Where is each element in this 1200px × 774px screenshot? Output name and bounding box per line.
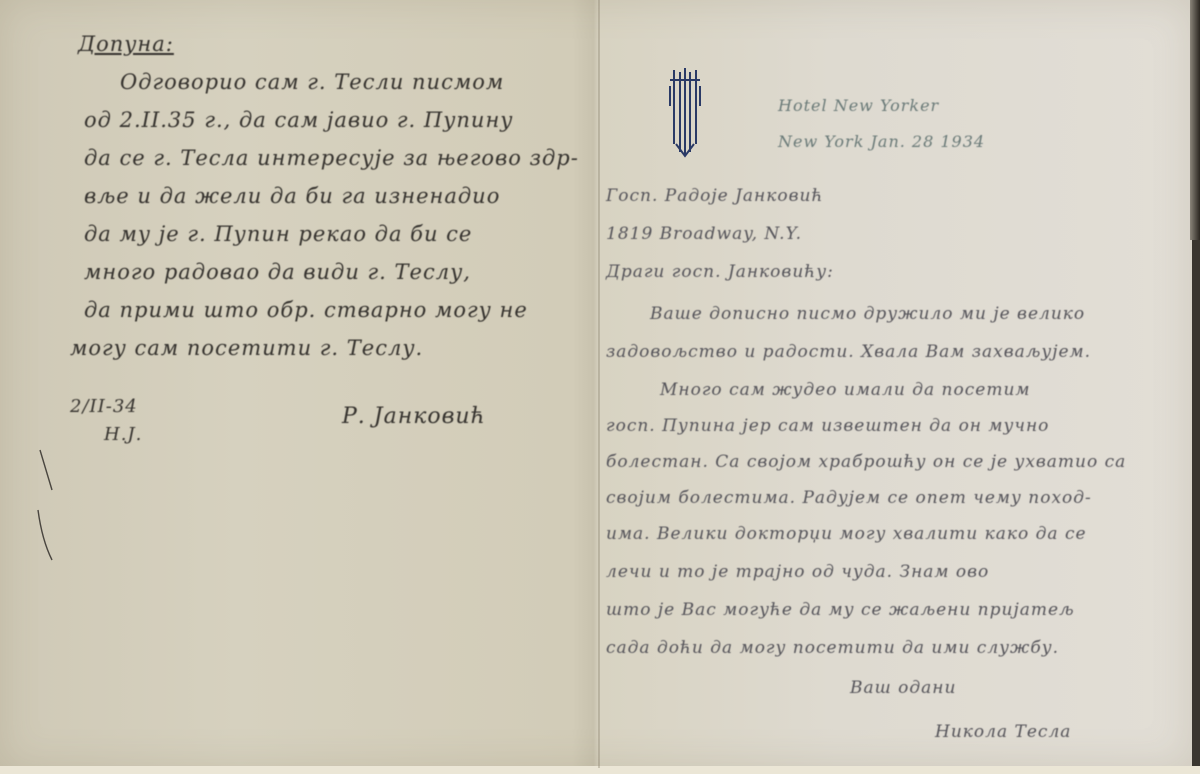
left-line-3: да се г. Тесла интересује за његово здр- — [84, 146, 579, 170]
paragraph-2-line-2: госп. Пупина јер сам извештен да он мучн… — [606, 416, 1049, 436]
letterhead-place: Hotel New Yorker — [778, 96, 939, 115]
tesla-signature: Никола Тесла — [935, 722, 1071, 742]
left-line-8: могу сам посетити г. Теслу. — [70, 336, 423, 360]
hotel-monogram-icon — [666, 66, 704, 158]
addressee-address: 1819 Broadway, N.Y. — [606, 224, 802, 244]
left-signature: Р. Јанковић — [342, 404, 486, 429]
paragraph-1-line-2: задовољство и радости. Хвала Вам захваљу… — [606, 342, 1091, 362]
paragraph-2-line-3: болестан. Са својом храброшћу он се је у… — [606, 452, 1126, 472]
left-line-4: вље и да жели да би га изненадио — [84, 184, 500, 208]
date-note: 2/II-34 — [70, 396, 138, 417]
paragraph-2-line-1: Много сам жудео имали да посетим — [660, 380, 1030, 400]
left-line-5: да му је г. Пупин рекао да би се — [84, 222, 472, 246]
addendum-heading: Допуна: — [78, 32, 174, 56]
left-line-6: много радовао да види г. Теслу, — [84, 260, 471, 284]
paragraph-2-line-4: својим болестима. Радујем се опет чему п… — [606, 488, 1092, 508]
letterhead-date: New York Jan. 28 1934 — [778, 132, 985, 151]
left-line-7: да прими што обр. стварно могу не — [84, 298, 528, 322]
frame-edge — [1190, 0, 1200, 240]
place-note: Н.Ј. — [104, 424, 142, 445]
salutation: Драги госп. Јанковићу: — [606, 262, 834, 282]
left-line-2: од 2.II.35 г., да сам јавио г. Пупину — [84, 108, 513, 132]
paragraph-2-line-6: лечи и то је трајно од чуда. Знам ово — [606, 562, 989, 582]
paper-bottom-edge — [0, 766, 1200, 774]
paragraph-1-line-1: Ваше дописно писмо дружило ми је велико — [650, 304, 1085, 324]
closing: Ваш одани — [850, 678, 956, 698]
addressee-name: Госп. Радоје Јанковић — [606, 186, 823, 206]
page-fold-line — [598, 0, 600, 768]
paragraph-2-line-8: сада доћи да могу посетити да ими службу… — [606, 638, 1059, 658]
paragraph-2-line-7: што је Вас могуће да му се жаљени пријат… — [606, 600, 1075, 620]
pencil-mark — [30, 440, 70, 570]
left-line-1: Одговорио сам г. Тесли писмом — [120, 70, 504, 94]
paragraph-2-line-5: има. Велики докторџи могу хвалити како д… — [606, 524, 1087, 544]
